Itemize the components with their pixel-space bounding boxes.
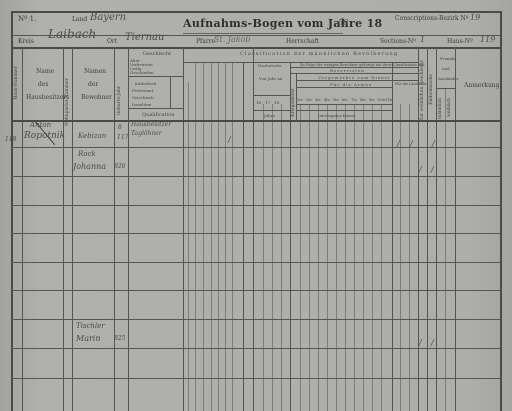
namen-header-3: Bewohner <box>81 94 112 101</box>
age-16: 16 <box>256 100 261 105</box>
sub-col-line <box>336 104 337 411</box>
top-border <box>11 11 501 13</box>
kreis-label: Kreis <box>18 38 34 45</box>
row1-mark: / <box>397 139 400 148</box>
ort-value: Tiernau <box>125 32 164 43</box>
wohnpartei-header: Wohnpartei-Nummer <box>65 78 70 126</box>
section-value: 1 <box>420 35 425 44</box>
fremde-header-2: und <box>442 66 450 71</box>
religion-row: Griechisch <box>132 95 154 100</box>
row-line <box>11 233 501 234</box>
sub-col-line <box>445 88 446 411</box>
sub-col-line <box>309 104 310 411</box>
row8-mark: / <box>419 338 422 347</box>
row2-mark: / <box>419 165 422 174</box>
sub-col-line <box>243 62 244 411</box>
armee-col-4: 4te <box>324 98 330 102</box>
herrschaft-label: Herrschaft <box>286 38 319 45</box>
classification-header: Classification der männlichen Bevölkerun… <box>240 51 398 57</box>
name-header-3: Hausbesitzers <box>26 94 69 101</box>
sub-col-line <box>232 62 233 411</box>
namen-header-2: der <box>88 81 98 88</box>
sub-col-line <box>381 104 382 411</box>
armee-col-3: 3te <box>315 98 321 102</box>
row-line <box>11 205 501 206</box>
geschlecht-row: Geschieden <box>130 70 154 75</box>
armee-col-2: 2te <box>306 98 312 102</box>
row1-mark: / <box>410 139 413 148</box>
row1-bewohner: Kebizan <box>78 132 106 140</box>
sub-col-line <box>318 104 319 411</box>
header-sub-line <box>128 76 183 77</box>
row-line <box>11 262 501 263</box>
row1-qualification-1: Hausbesitzer <box>131 121 171 128</box>
armee-col-7: 7te <box>351 98 357 102</box>
jahre-label: Jahre <box>264 113 275 118</box>
anmerkung-header: Anmerkung <box>464 82 500 89</box>
row1-qualification-2: Taglöhner <box>131 130 162 137</box>
col-line <box>128 47 129 411</box>
fremde-weiblich: weiblich <box>447 98 452 117</box>
religion-row: Katholisch <box>135 81 156 86</box>
geschlecht-header: Geschlecht <box>143 51 171 57</box>
row-line <box>11 319 501 320</box>
armee-col-5: 5te <box>333 98 339 102</box>
qualification-header: Qualification <box>142 112 174 118</box>
row1-mark: / <box>228 135 231 144</box>
year-suffix: 50 <box>338 18 348 27</box>
row1-mark: / <box>432 139 435 148</box>
land-label: Land <box>72 16 87 23</box>
form-number: Nº 1. <box>18 15 36 23</box>
sub-col-line <box>372 104 373 411</box>
header-sub-line <box>296 80 418 81</box>
sub-col-line <box>188 82 189 411</box>
age-18: 18 <box>274 100 279 105</box>
sub-col-line <box>409 104 410 411</box>
col-line <box>253 47 254 411</box>
name-header-1: Name <box>36 68 54 75</box>
sub-col-line <box>354 104 355 411</box>
section-label: Sections-Nº <box>380 38 416 45</box>
sub-col-line <box>195 62 196 411</box>
row8-geburt: 825 <box>114 335 125 342</box>
armee-col-9: 9te <box>369 98 375 102</box>
census-form-page: Nº 1. Land Bayern Aufnahms-Bogen vom Jah… <box>0 0 512 411</box>
row2-bewohner-1: Rock <box>78 150 96 158</box>
header-sub-line <box>296 87 392 88</box>
altersklasse-label: Jahresgang-Klasse <box>318 113 355 118</box>
reservisten-header: Reservisten <box>330 68 365 73</box>
fremde-maennlich: männlich <box>438 98 443 119</box>
row1-hausnummer: 119 <box>5 136 16 143</box>
hausnummer-header: Haus-Nummer <box>14 66 19 100</box>
armee-col-10: 10te <box>377 98 385 102</box>
fremde-header-1: Fremde <box>440 56 456 61</box>
row1-geburt-bottom: 117 <box>117 134 128 141</box>
conscription-value: 19 <box>470 13 480 22</box>
sub-col-line <box>300 104 301 411</box>
armee-col-1: 1te <box>297 98 303 102</box>
sub-col-line <box>225 62 226 411</box>
row-line <box>11 348 501 349</box>
row2-mark: / <box>431 165 434 174</box>
kriegsdienst-header: Kriegsdienst <box>291 88 296 117</box>
fremde-header-3: Ausländer <box>438 76 459 81</box>
col-line <box>418 47 419 411</box>
sub-col-line <box>272 104 273 411</box>
conscription-label: Conscriptions-Bezirk Nº <box>395 15 469 22</box>
religion-row: Israeliten <box>132 102 151 107</box>
armee-col-6: 6te <box>342 98 348 102</box>
col-line <box>392 62 393 411</box>
col-line <box>63 47 64 411</box>
right-border <box>500 11 502 411</box>
header-sub-line <box>296 104 392 105</box>
land-value: Bayern <box>90 12 126 23</box>
kreis-value: Laibach <box>48 27 96 41</box>
sub-col-line <box>263 104 264 411</box>
col-line <box>72 47 73 411</box>
armee-col-11: 11te <box>385 98 393 102</box>
col-line <box>455 47 456 411</box>
header-sub-line <box>253 95 290 96</box>
sub-col-line <box>327 104 328 411</box>
armee-header: Für die Armee <box>330 82 372 87</box>
name-header-2: des <box>38 81 48 88</box>
sub-col-line <box>211 62 212 411</box>
header-sub-line <box>296 110 392 111</box>
header-sub-line <box>290 73 418 74</box>
header-sub-line <box>128 108 183 109</box>
sub-col-line <box>281 104 282 411</box>
row1-geburt-top: 8 <box>118 124 122 131</box>
header-bottom-line <box>11 120 501 122</box>
age-17: 17 <box>265 100 270 105</box>
col-line <box>22 47 23 411</box>
sub-col-line <box>218 62 219 411</box>
sub-col-line <box>363 104 364 411</box>
haus-label: Haus-Nº <box>447 38 473 45</box>
col-line <box>427 47 428 411</box>
pfarre-label: Pfarre <box>196 38 215 45</box>
religion-row: Protestant <box>132 88 153 93</box>
nachwuchs-header: Nachwuchs <box>258 63 282 68</box>
row2-bewohner-2: Johanna <box>73 162 106 171</box>
namen-header-1: Namen <box>84 68 106 75</box>
header-sub-line <box>253 110 290 111</box>
row-line <box>11 290 501 291</box>
haus-value: 119 <box>480 35 495 44</box>
row8-bewohner-2: Marin <box>76 334 101 343</box>
ort-label: Ort <box>107 38 117 45</box>
sub-col-line <box>203 62 204 411</box>
sub-col-line <box>345 104 346 411</box>
row2-geburt: 826 <box>114 163 125 170</box>
row8-mark: / <box>431 338 434 347</box>
vom-jahre-header: Von Jahr an <box>259 76 283 81</box>
weibl-header: Zur weiblichen Geschlecht <box>420 60 425 121</box>
nachwuchs-note: Zu Folge der wenigen Bewohner gehörige m… <box>300 63 425 67</box>
form-title: Aufnahms-Bogen vom Jahre 18 <box>183 17 383 30</box>
col-line <box>436 47 437 411</box>
header-sub-line <box>296 73 297 120</box>
row-line <box>11 176 501 177</box>
pfarre-value: St. Jakob <box>214 35 251 44</box>
col-line <box>183 47 184 411</box>
header-sub-line <box>170 76 171 108</box>
title-underline <box>183 33 343 34</box>
header-sub-line <box>436 88 455 89</box>
geburtsjahr-header: Geburts-Jahr <box>117 86 122 115</box>
armee-col-8: 8te <box>360 98 366 102</box>
col-line <box>114 47 115 411</box>
einheimische-header: Einheimische <box>429 74 434 105</box>
row8-bewohner-1: Tischler <box>76 322 105 330</box>
row-line <box>11 147 501 148</box>
vorgemerkte-header: Vorgemerkte zum Dienst <box>318 75 390 80</box>
left-border <box>11 11 13 411</box>
sub-col-line <box>400 104 401 411</box>
row-line <box>11 378 501 379</box>
